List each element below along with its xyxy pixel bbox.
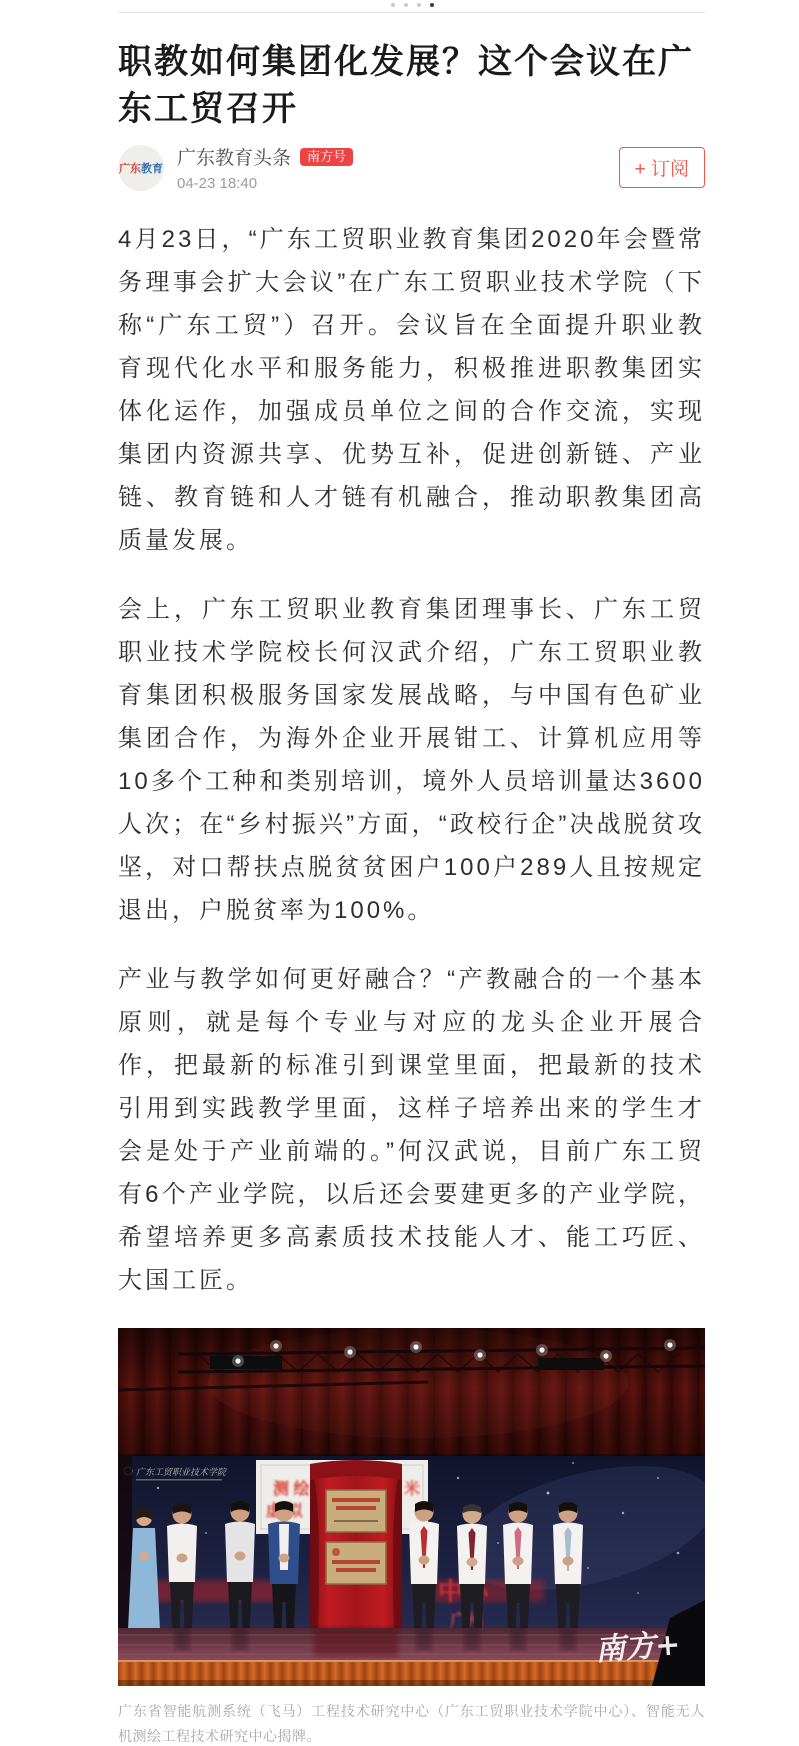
- avatar-logo-blue-text: 教育: [141, 160, 163, 176]
- carousel-dot[interactable]: [417, 3, 421, 7]
- nanfang-badge: 南方号: [300, 148, 353, 166]
- stage-photo-illustration: 广东工贸职业技术学院 测 绘 虚 拟 米 中心 广州: [118, 1328, 705, 1686]
- top-divider: [118, 12, 705, 13]
- photo-caption: 广东省智能航测系统（飞马）工程技术研究中心（广东工贸职业技术学院中心）、智能无人…: [118, 1699, 705, 1746]
- svg-text:米: 米: [404, 1480, 420, 1498]
- paragraph-1: 4月23日，“广东工贸职业教育集团2020年会暨常务理事会扩大会议”在广东工贸职…: [118, 218, 705, 562]
- carousel-dot[interactable]: [391, 3, 395, 7]
- paragraph-2: 会上，广东工贸职业教育集团理事长、广东工贸职业技术学院校长何汉武介绍，广东工贸职…: [118, 588, 705, 932]
- article-photo[interactable]: 广东工贸职业技术学院 测 绘 虚 拟 米 中心 广州: [118, 1328, 705, 1686]
- carousel-dot[interactable]: [404, 3, 408, 7]
- avatar-logo-red-text: 广东: [119, 160, 141, 176]
- screen-logo-text: 广东工贸职业技术学院: [136, 1467, 228, 1478]
- paragraph-3: 产业与教学如何更好融合？“产教融合的一个基本原则，就是每个专业与对应的龙头企业开…: [118, 958, 705, 1302]
- article-figure: 广东工贸职业技术学院 测 绘 虚 拟 米 中心 广州: [118, 1328, 705, 1746]
- carousel-dot[interactable]: [430, 3, 434, 7]
- publish-time: 04-23 18:40: [177, 175, 353, 192]
- photo-watermark: 南方+: [594, 1627, 681, 1668]
- article-body: 4月23日，“广东工贸职业教育集团2020年会暨常务理事会扩大会议”在广东工贸职…: [118, 218, 705, 1302]
- author-name[interactable]: 广东教育头条: [177, 143, 291, 170]
- author-meta: 广东教育头条 南方号 04-23 18:40: [177, 143, 353, 192]
- page-title: 职教如何集团化发展？这个会议在广东工贸召开: [118, 39, 705, 133]
- subscribe-button[interactable]: + 订阅: [619, 147, 705, 188]
- banner-text-line1: 测 绘: [273, 1479, 309, 1498]
- carousel-dots[interactable]: [391, 3, 434, 7]
- article-page: 职教如何集团化发展？这个会议在广东工贸召开 广东教育 广东教育头条 南方号 04…: [118, 12, 705, 1746]
- author-row: 广东教育 广东教育头条 南方号 04-23 18:40 + 订阅: [118, 143, 705, 192]
- avatar[interactable]: 广东教育: [118, 145, 164, 191]
